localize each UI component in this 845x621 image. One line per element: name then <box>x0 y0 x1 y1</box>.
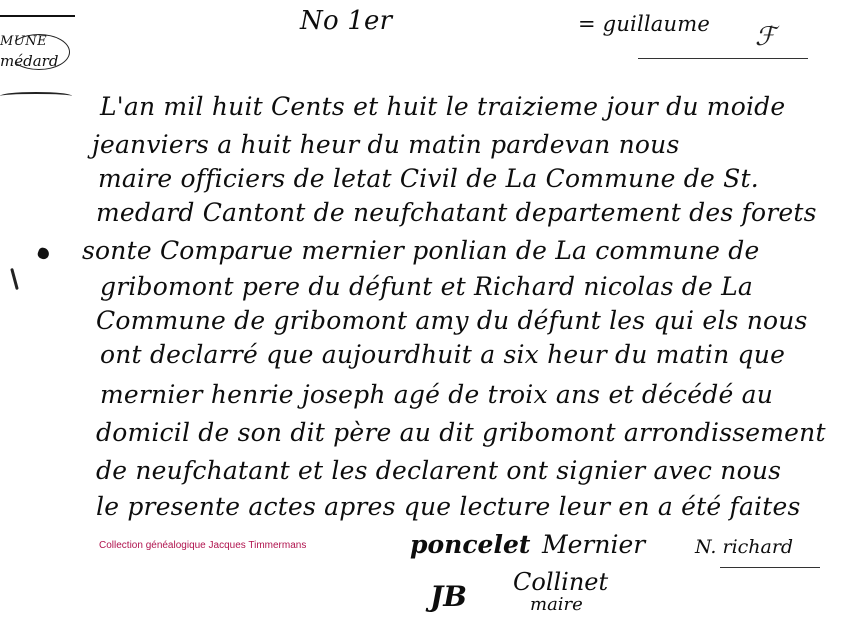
body-line-7: Commune de gribomont amy du défunt les q… <box>96 306 808 338</box>
stamp-text-commune: MUNE <box>0 34 47 49</box>
record-number: No 1er <box>300 6 392 36</box>
collection-watermark: Collection généalogique Jacques Timmerma… <box>99 540 306 551</box>
body-line-5: sonte Comparue mernier ponlian de La com… <box>82 236 760 268</box>
signature-initials-jb: JB <box>430 580 467 613</box>
signature-richard: N. richard <box>695 536 793 558</box>
body-line-4: medard Cantont de neufchatant departemen… <box>96 198 817 230</box>
stamp-top-rule <box>0 15 75 17</box>
signature-maire-title: maire <box>530 594 583 615</box>
signature-poncelet: poncelet <box>410 530 530 559</box>
body-line-11: de neufchatant et les declarent ont sign… <box>96 456 781 488</box>
commune-stamp: MUNE médard <box>0 34 78 78</box>
surname-flourish: ℱ <box>755 22 775 52</box>
body-line-6: gribomont pere du défunt et Richard nico… <box>100 272 753 304</box>
body-line-8: ont declarré que aujourdhuit a six heur … <box>100 340 785 372</box>
signature-richard-underline <box>720 567 820 568</box>
ink-stroke-mark <box>10 268 19 290</box>
body-line-12: le presente actes apres que lecture leur… <box>96 492 801 524</box>
ink-blot-mark <box>36 246 50 260</box>
body-line-10: domicil de son dit père au dit gribomont… <box>96 418 826 450</box>
signature-collinet: Collinet <box>513 568 608 596</box>
body-line-3: maire officiers de letat Civil de La Com… <box>98 164 759 196</box>
margin-surname: = guillaume <box>578 12 710 36</box>
body-line-1: L'an mil huit Cents et huit le traizieme… <box>100 92 785 124</box>
body-line-2: jeanviers a huit heur du matin pardevan … <box>92 130 680 162</box>
stamp-bottom-flourish <box>0 92 72 100</box>
scanned-document-page: MUNE médard No 1er = guillaume ℱ L'an mi… <box>0 0 845 621</box>
signature-mernier: Mernier <box>542 530 645 559</box>
surname-underline <box>638 58 808 59</box>
body-line-9: mernier henrie joseph agé de troix ans e… <box>100 380 773 412</box>
stamp-text-place: médard <box>0 52 58 70</box>
